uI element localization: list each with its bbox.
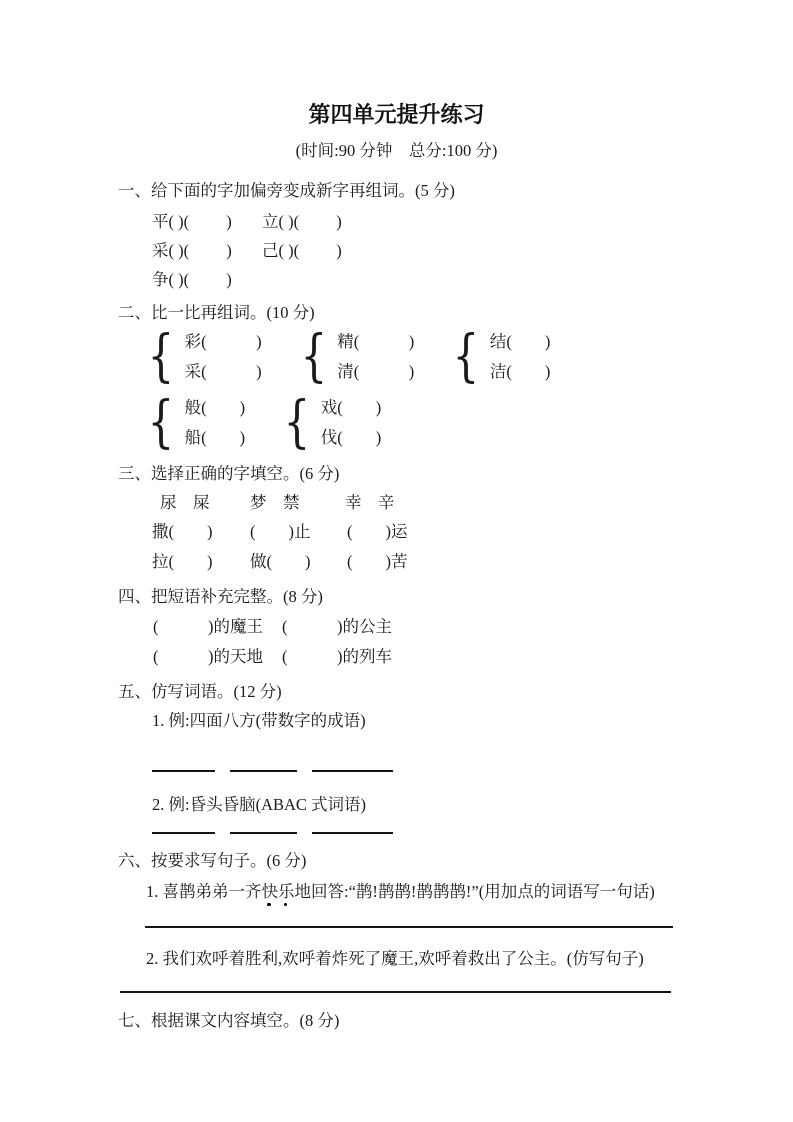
- fill-cell: ( )的公主: [282, 614, 737, 639]
- fill-cell: 立( )( ): [262, 209, 737, 234]
- answer-line: [145, 904, 673, 928]
- word-blank: 戏( ): [321, 393, 382, 423]
- section-4-heading: 四、把短语补充完整。(8 分): [118, 584, 737, 609]
- brace-decoration: [147, 327, 174, 387]
- section-4: 四、把短语补充完整。(8 分) ( )的魔王 ( )的公主 ( )的天地 ( )…: [118, 584, 737, 669]
- word-blank: 清( ): [337, 357, 414, 387]
- exam-time-total: (时间:90 分钟 总分:100 分): [0, 140, 793, 162]
- fill-row: 撒( ) ( )止 ( )运: [152, 519, 737, 544]
- sentence-prefix: 1. 喜鹊弟弟一齐: [146, 882, 262, 901]
- brace-decoration: [300, 327, 327, 387]
- brace-decoration: [453, 327, 480, 387]
- word-blank: 伐( ): [321, 423, 382, 453]
- answer-blank: [152, 831, 215, 834]
- test-paper-page: 第四单元提升练习 (时间:90 分钟 总分:100 分) 一、给下面的字加偏旁变…: [0, 0, 793, 1122]
- example-item: 1. 例:四面八方(带数字的成语): [152, 708, 737, 733]
- fill-row: ( )的魔王 ( )的公主: [153, 614, 737, 639]
- fill-cell: 争( )( ): [152, 267, 262, 292]
- brace-group: 结( ) 洁( ): [448, 327, 550, 387]
- brace-group: 彩( ) 采( ): [143, 327, 262, 387]
- section-2-heading: 二、比一比再组词。(10 分): [118, 300, 737, 325]
- brace-group: 般( ) 船( ): [143, 393, 245, 453]
- sentence-suffix: 地回答:“鹊!鹊鹊!鹊鹊鹊!”(用加点的词语写一句话): [295, 882, 655, 901]
- word-pair: 结( ) 洁( ): [490, 327, 551, 387]
- word-pair: 精( ) 清( ): [337, 327, 414, 387]
- example-item: 2. 例:昏头昏脑(ABAC 式词语): [152, 792, 737, 817]
- section-7: 七、根据课文内容填空。(8 分): [118, 1008, 737, 1033]
- word-blank: 船( ): [185, 423, 246, 453]
- bank-pair: 梦 禁: [250, 490, 345, 515]
- answer-blank: [312, 769, 393, 772]
- brace-decoration: [147, 393, 174, 453]
- sentence-item: 1. 喜鹊弟弟一齐快乐地回答:“鹊!鹊鹊!鹊鹊鹊!”(用加点的词语写一句话): [146, 879, 737, 904]
- section-1-heading: 一、给下面的字加偏旁变成新字再组词。(5 分): [118, 178, 737, 203]
- fill-cell: 撒( ): [152, 519, 250, 544]
- word-blank: 采( ): [185, 357, 262, 387]
- fill-row: 平( )( ) 立( )( ): [152, 209, 737, 234]
- word-pair: 般( ) 船( ): [185, 393, 246, 453]
- answer-blank: [230, 831, 297, 834]
- fill-row: 拉( ) 做( ) ( )苦: [152, 549, 737, 574]
- fill-cell: ( )的魔王: [153, 614, 282, 639]
- fill-cell: ( )的天地: [153, 644, 282, 669]
- fill-cell: 采( )( ): [152, 238, 262, 263]
- fill-cell: 己( )( ): [262, 238, 737, 263]
- fill-cell: ( )苦: [347, 549, 737, 574]
- word-blank: 般( ): [185, 393, 246, 423]
- section-7-heading: 七、根据课文内容填空。(8 分): [118, 1008, 737, 1033]
- sentence-item: 2. 我们欢呼着胜利,欢呼着炸死了魔王,欢呼着救出了公主。(仿写句子): [146, 946, 737, 971]
- fill-cell: ( )止: [250, 519, 347, 544]
- emphasized-word: 快乐: [262, 882, 295, 901]
- bank-pair: 尿 屎: [160, 490, 250, 515]
- word-blank: 结( ): [490, 327, 551, 357]
- brace-group: 戏( ) 伐( ): [279, 393, 381, 453]
- fill-cell: 平( )( ): [152, 209, 262, 234]
- word-pair: 彩( ) 采( ): [185, 327, 262, 387]
- fill-row: ( )的天地 ( )的列车: [153, 644, 737, 669]
- section-6: 六、按要求写句子。(6 分) 1. 喜鹊弟弟一齐快乐地回答:“鹊!鹊鹊!鹊鹊鹊!…: [118, 848, 737, 993]
- section-3: 三、选择正确的字填空。(6 分) 尿 屎 梦 禁 幸 辛 撒( ) ( )止 (…: [118, 461, 737, 574]
- section-3-heading: 三、选择正确的字填空。(6 分): [118, 461, 737, 486]
- brace-row: 彩( ) 采( ) 精( ) 清( ) 结( ) 洁( ): [143, 327, 737, 387]
- brace-group: 精( ) 清( ): [296, 327, 415, 387]
- word-blank: 洁( ): [490, 357, 551, 387]
- word-blank: 彩( ): [185, 327, 262, 357]
- brace-row: 般( ) 船( ) 戏( ) 伐( ): [143, 393, 737, 453]
- brace-decoration: [284, 393, 311, 453]
- section-6-heading: 六、按要求写句子。(6 分): [118, 848, 737, 873]
- answer-blank-row: [152, 753, 737, 772]
- fill-row: 采( )( ) 己( )( ): [152, 238, 737, 263]
- section-5: 五、仿写词语。(12 分) 1. 例:四面八方(带数字的成语) 2. 例:昏头昏…: [118, 679, 737, 834]
- fill-cell: 拉( ): [152, 549, 250, 574]
- section-2: 二、比一比再组词。(10 分) 彩( ) 采( ) 精( ) 清( ): [118, 300, 737, 453]
- answer-blank: [152, 769, 215, 772]
- answer-blank: [230, 769, 297, 772]
- section-1: 一、给下面的字加偏旁变成新字再组词。(5 分) 平( )( ) 立( )( ) …: [118, 178, 737, 292]
- answer-blank-row: [152, 817, 737, 834]
- page-title: 第四单元提升练习: [0, 100, 793, 130]
- fill-cell: ( )运: [347, 519, 737, 544]
- answer-blank: [312, 831, 393, 834]
- word-pair: 戏( ) 伐( ): [321, 393, 382, 453]
- answer-line: [120, 971, 671, 993]
- fill-cell: ( )的列车: [282, 644, 737, 669]
- section-5-heading: 五、仿写词语。(12 分): [118, 679, 737, 704]
- character-bank: 尿 屎 梦 禁 幸 辛: [160, 490, 737, 515]
- bank-pair: 幸 辛: [345, 490, 737, 515]
- fill-row: 争( )( ): [152, 267, 737, 292]
- word-blank: 精( ): [337, 327, 414, 357]
- fill-cell: 做( ): [250, 549, 347, 574]
